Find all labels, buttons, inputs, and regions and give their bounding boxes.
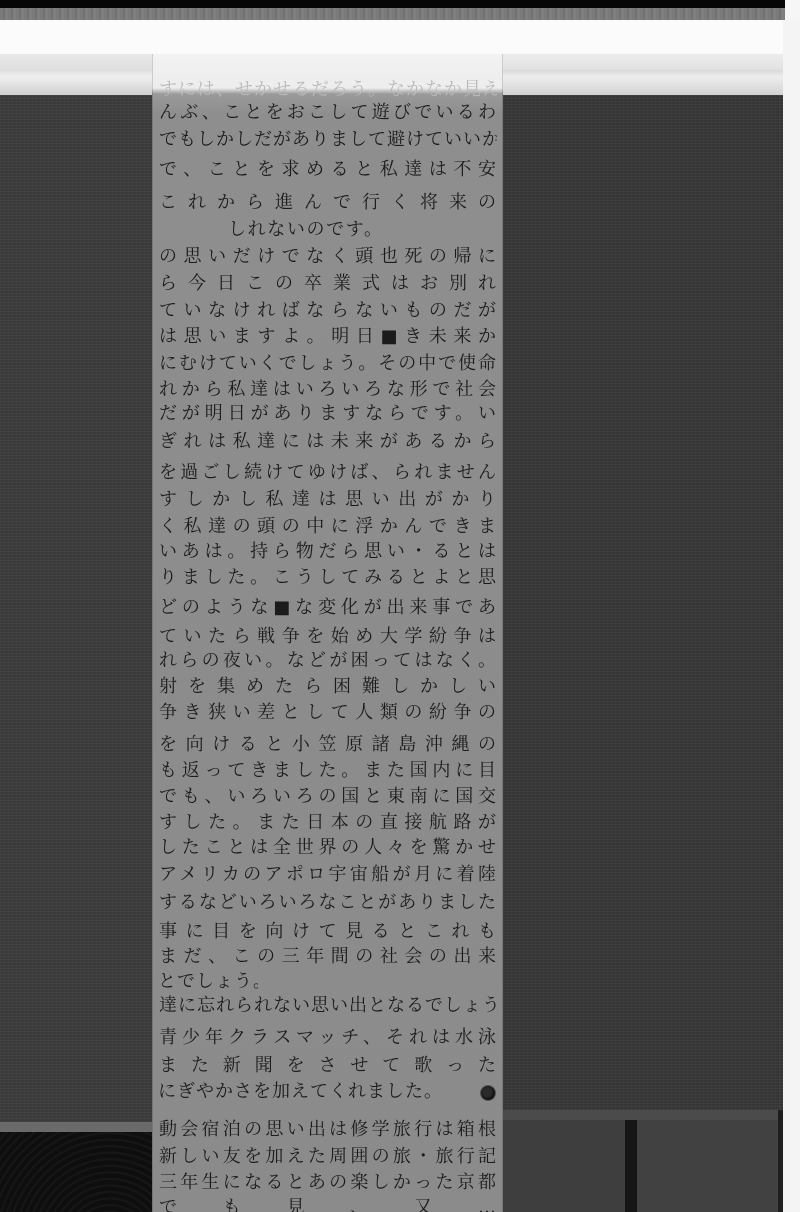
manuscript-line: の思いだけでなく頭也死の帰に	[159, 245, 497, 269]
manuscript-line: く私達の頭の中に浮かんできま	[159, 515, 497, 539]
manuscript-line: いあは。持ら物だら思い・るとは	[159, 540, 497, 564]
right-white-margin	[783, 20, 800, 1212]
manuscript-line: とでしょう。	[158, 970, 258, 994]
floor-tile-edge	[778, 1110, 783, 1212]
top-right-light-band	[503, 54, 785, 95]
manuscript-line: 射を集めたら困難しかしい	[159, 675, 497, 699]
wood-surface	[0, 1132, 153, 1212]
manuscript-line: これから進んで行く将来の	[159, 191, 497, 215]
manuscript-line: にぎやかさを加えてくれました。	[158, 1080, 433, 1104]
manuscript-line: れから私達はいろいろな形で社会	[159, 378, 497, 402]
manuscript-line: するなどいろいろなことがありました	[159, 891, 497, 915]
floor-tile-left	[503, 1120, 625, 1212]
manuscript-line: は思いますよ。明日■き未来か	[159, 325, 497, 349]
right-ledge	[503, 1110, 783, 1120]
manuscript-line: まだ、この三年間の社会の出来	[159, 945, 497, 969]
manuscript-line: 青少年クラスマッチ、それは水泳	[159, 1026, 497, 1050]
manuscript-line: にむけていくでしょう。その中で使命	[159, 352, 497, 376]
floor-tile-divider	[625, 1120, 637, 1212]
manuscript-line: でも見、又…	[159, 1196, 497, 1212]
manuscript-line: すには、せかせるだろう。なかなか見え	[159, 78, 497, 102]
manuscript-line: ら今日この卒業式はお別れ	[159, 272, 497, 296]
punch-hole	[481, 1086, 495, 1100]
manuscript-line: りました。こうしてみるとよと思	[159, 566, 497, 590]
film-edge-gray-band	[0, 8, 785, 20]
manuscript-line: を向けると小笠原諸島沖縄の	[159, 733, 497, 757]
right-backdrop-panel	[503, 95, 783, 1110]
manuscript-line: アメリカのアポロ宇宙船が月に着陸	[159, 863, 497, 887]
manuscript-line: を過ごし続けてゆけば、られません	[159, 461, 497, 485]
manuscript-line: 達に忘れられない思い出となるでしょう	[159, 994, 497, 1018]
manuscript-line: ぎれは私達には未来があるから	[159, 430, 497, 454]
manuscript-line: また新聞をさせて歌った	[159, 1054, 497, 1078]
manuscript-line: れらの夜い。などが困ってはなく。	[159, 649, 497, 673]
manuscript-line: しれないのです。	[228, 218, 383, 242]
manuscript-line: 動会宿泊の思い出は修学旅行は箱根	[159, 1118, 497, 1142]
left-ledge	[0, 1122, 153, 1132]
manuscript-line: で、ことを求めると私達は不安	[159, 158, 497, 182]
manuscript-line: 三年生になるとあの楽しかった京都	[159, 1171, 497, 1195]
manuscript-line: でもしかしだがありまして避けていいか	[159, 128, 497, 152]
manuscript-line: すした。また日本の直接航路が	[159, 811, 497, 835]
manuscript-line: 新しい友を加えた周囲の旅・旅行記	[159, 1145, 497, 1169]
manuscript-line: どのような■な変化が出来事であ	[159, 596, 497, 620]
top-left-light-band	[0, 54, 152, 95]
manuscript-line: んぶ、ことをおこして遊びでいるわ	[159, 101, 497, 125]
manuscript-line: ていたら戦争を始め大学紛争は	[159, 625, 497, 649]
manuscript-line: でも、いろいろの国と東南に国交	[159, 785, 497, 809]
left-backdrop-panel	[0, 95, 153, 1122]
overexposed-top-margin	[0, 20, 800, 54]
floor-tile-right	[637, 1120, 778, 1212]
manuscript-line: ていなければならないものだが	[159, 299, 497, 323]
manuscript-line: 事に目を向けて見るとこれも	[159, 920, 497, 944]
manuscript-line: だが明日がありますならです。い	[159, 402, 497, 426]
manuscript-line: も返ってきました。また国内に目	[159, 759, 497, 783]
manuscript-line: 争き狭い差として人類の紛争の	[159, 701, 497, 725]
manuscript-line: すしかし私達は思い出がかり	[159, 488, 497, 512]
manuscript-line: したことは全世界の人々を驚かせ	[159, 836, 497, 860]
film-edge-black-band	[0, 0, 785, 8]
